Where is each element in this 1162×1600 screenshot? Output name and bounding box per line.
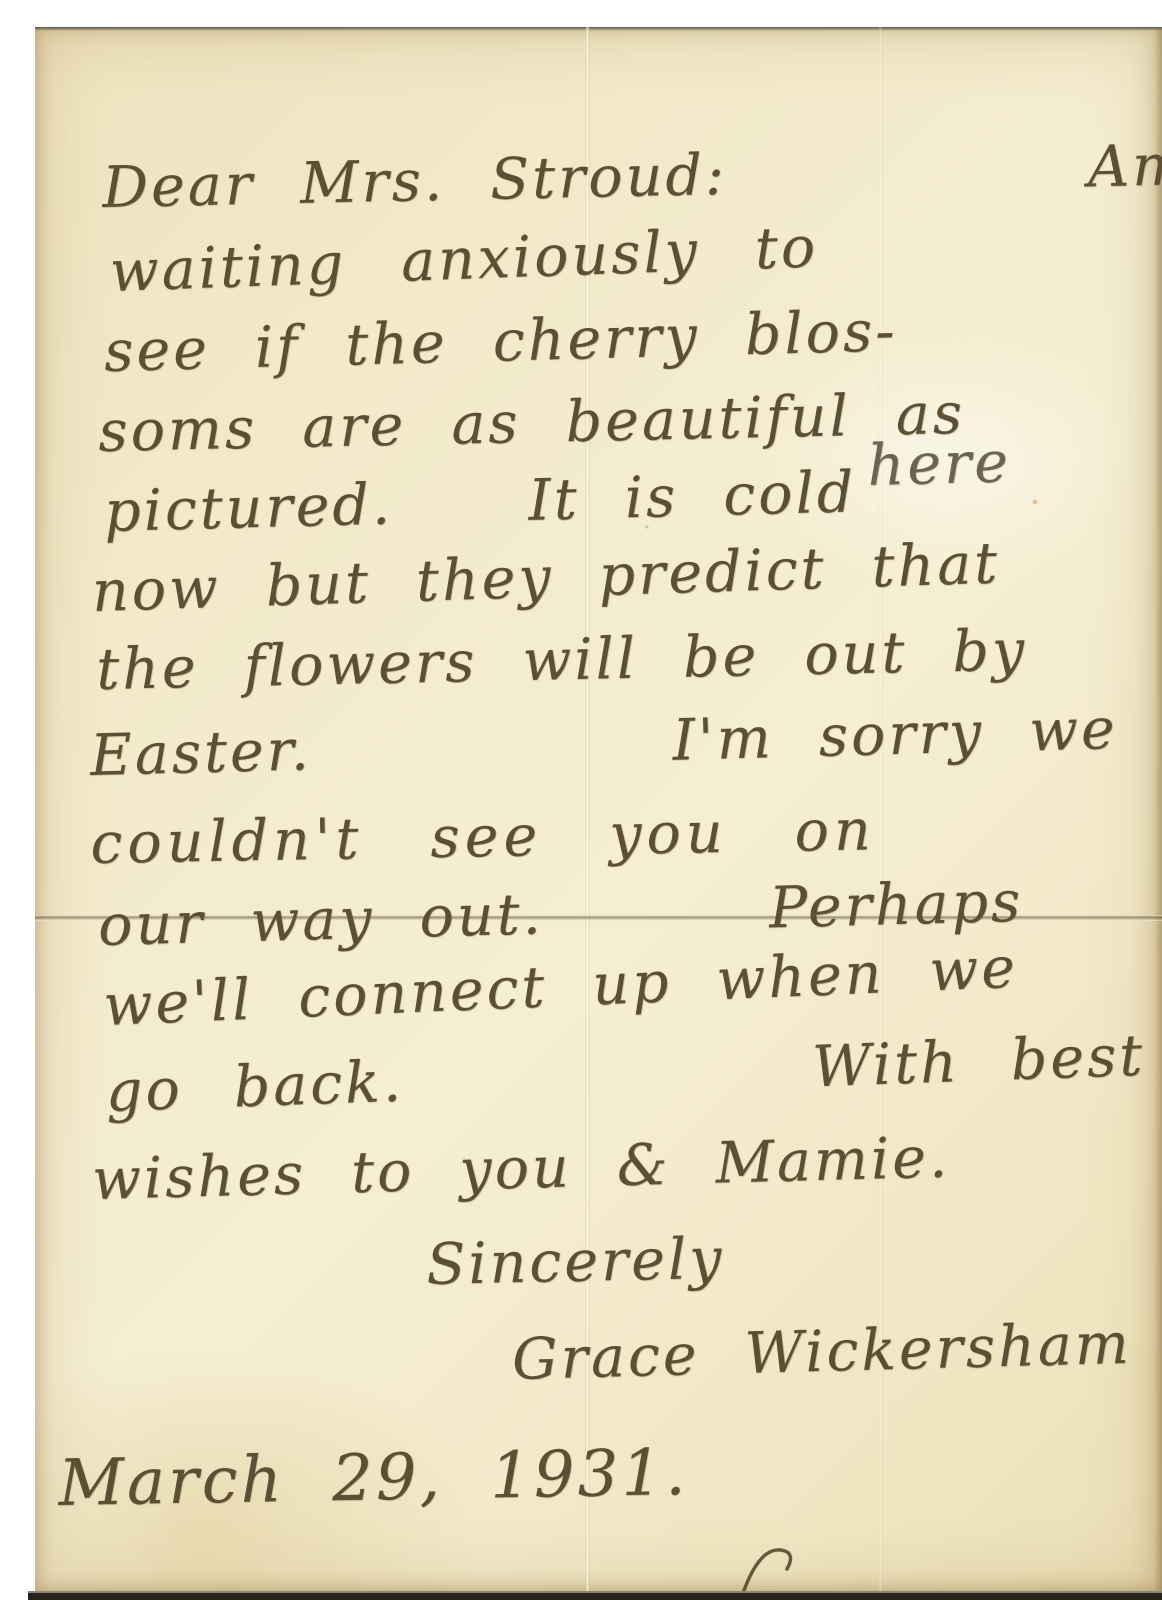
closing-line: Sincerely xyxy=(426,1226,725,1298)
date-line: March 29, 1931. xyxy=(58,1436,689,1521)
letter-body: Dear Mrs. Stroud: Am waiting anxiously t… xyxy=(35,27,1162,1593)
scan-bottom-edge xyxy=(28,1591,1162,1600)
handwritten-line: Easter. I'm sorry we xyxy=(89,696,1118,789)
raised-word: here xyxy=(867,429,1012,499)
letter-paper: Dear Mrs. Stroud: Am waiting anxiously t… xyxy=(35,27,1162,1593)
handwritten-line: go back. With best xyxy=(105,1023,1147,1125)
scanned-letter: Dear Mrs. Stroud: Am waiting anxiously t… xyxy=(0,0,1162,1600)
handwritten-line: soms are as beautiful as xyxy=(98,381,966,465)
line-text: pictured. It is cold xyxy=(103,459,857,545)
salutation-line: Dear Mrs. Stroud: Am xyxy=(102,132,1162,221)
handwritten-line: the flowers will be out by xyxy=(96,618,1028,703)
cutoff-ink-stroke xyxy=(735,1543,825,1593)
handwritten-line: waiting anxiously to xyxy=(109,214,819,305)
handwritten-line: now but they predict that xyxy=(91,530,1001,625)
handwritten-line: see if the cherry blos- xyxy=(103,298,898,385)
handwritten-line: wishes to you & Mamie. xyxy=(91,1125,951,1213)
signature-line: Grace Wickersham xyxy=(511,1311,1132,1393)
handwritten-line: pictured. It is coldhere xyxy=(103,455,1012,545)
handwritten-line: couldn't see you on xyxy=(90,797,876,877)
